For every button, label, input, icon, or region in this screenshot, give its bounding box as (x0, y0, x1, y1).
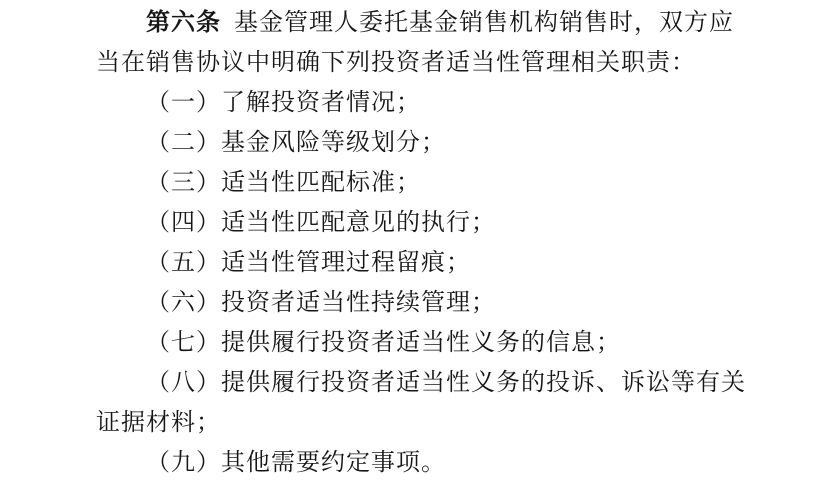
article-body-line2: 当在销售协议中明确下列投资者适当性管理相关职责： (96, 43, 744, 83)
list-item-7: （七）提供履行投资者适当性义务的信息； (96, 323, 744, 363)
article-number: 第六条 (146, 10, 221, 36)
list-item-8-line1: （八）提供履行投资者适当性义务的投诉、诉讼等有关 (96, 363, 744, 403)
list-item-1: （一）了解投资者情况； (96, 83, 744, 123)
list-item-8: （八）提供履行投资者适当性义务的投诉、诉讼等有关 证据材料； (96, 363, 744, 443)
list-item-6: （六）投资者适当性持续管理； (96, 283, 744, 323)
article-paragraph: 第六条基金管理人委托基金销售机构销售时，双方应 当在销售协议中明确下列投资者适当… (96, 3, 744, 83)
list-item-9: （九）其他需要约定事项。 (96, 443, 744, 483)
article-first-line: 第六条基金管理人委托基金销售机构销售时，双方应 (96, 3, 744, 43)
article-body-line1: 基金管理人委托基金销售机构销售时，双方应 (234, 10, 734, 36)
list-item-8-line2: 证据材料； (96, 403, 744, 443)
list-item-3: （三）适当性匹配标准； (96, 163, 744, 203)
list-item-2: （二）基金风险等级划分； (96, 123, 744, 163)
list-item-4: （四）适当性匹配意见的执行； (96, 203, 744, 243)
document-page: 第六条基金管理人委托基金销售机构销售时，双方应 当在销售协议中明确下列投资者适当… (0, 0, 832, 490)
list-item-5: （五）适当性管理过程留痕； (96, 243, 744, 283)
